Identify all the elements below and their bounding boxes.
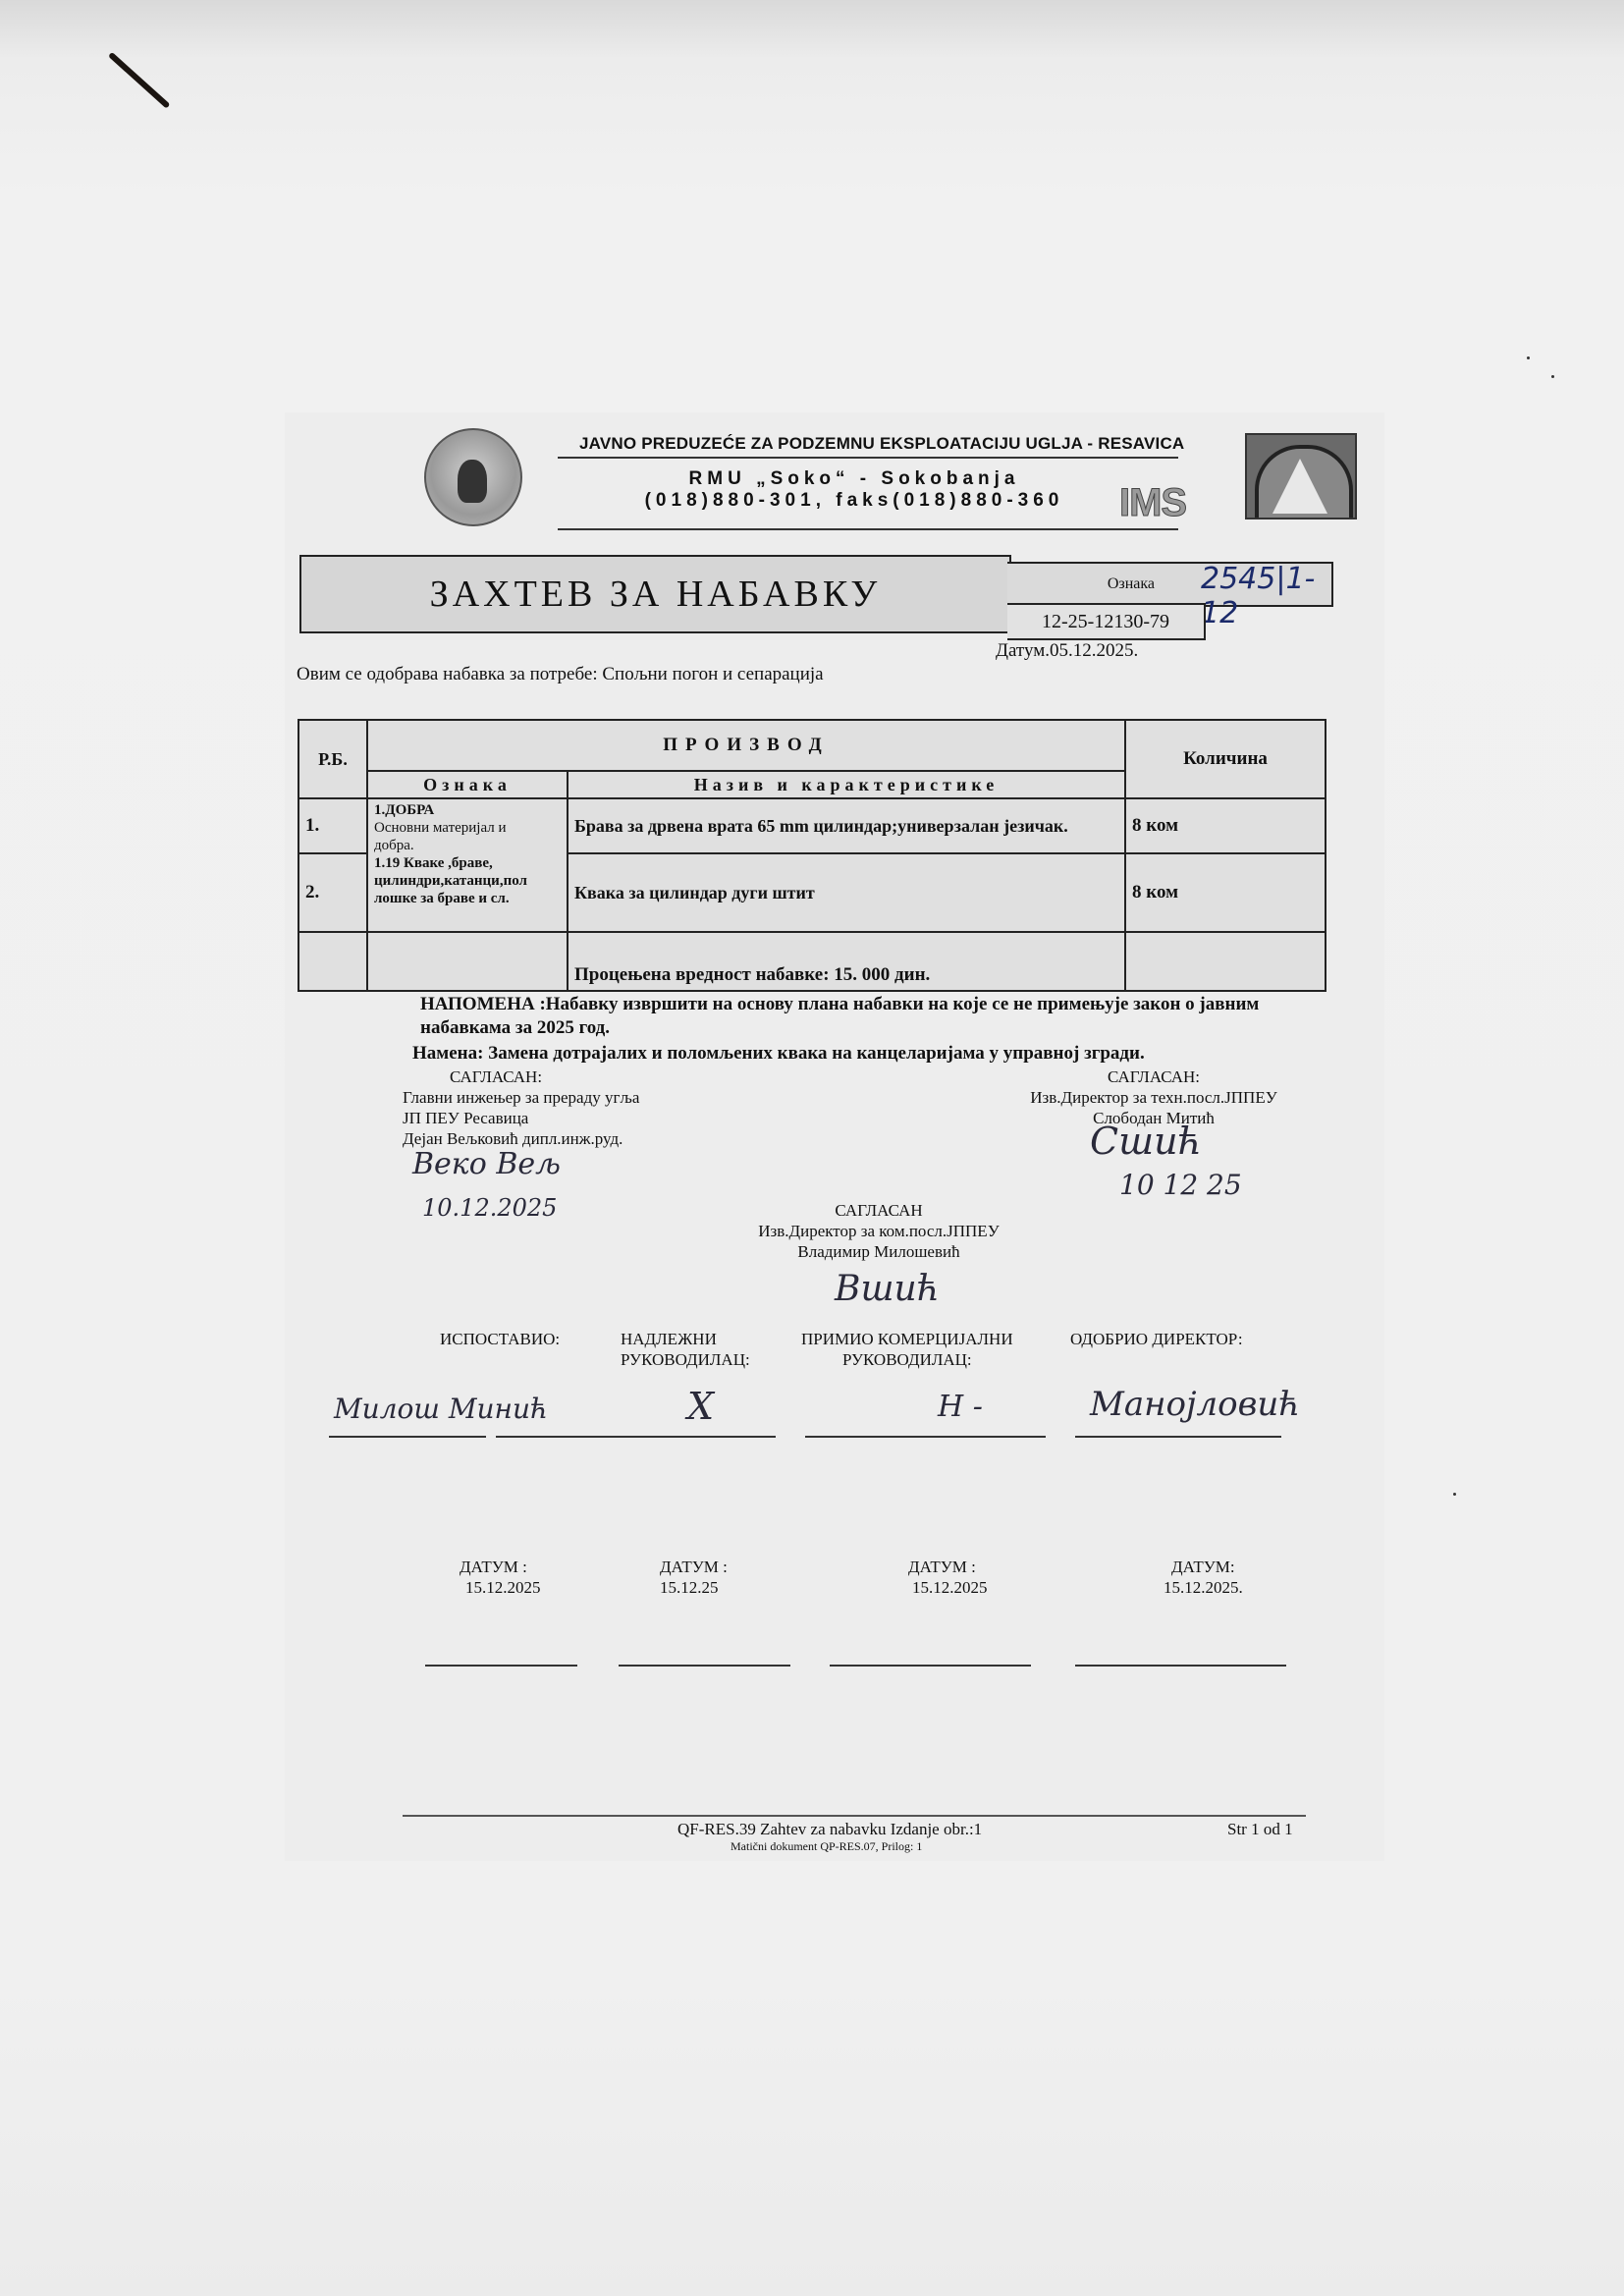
datum-label: ДАТУМ : — [460, 1557, 541, 1577]
signature-line — [1075, 1436, 1281, 1438]
oznaka-field: Ознака 2545|1-12 — [1007, 562, 1333, 607]
signature-line — [496, 1436, 776, 1438]
approver-title: Главни инжењер за прераду угља — [403, 1087, 639, 1108]
datum-label: ДАТУМ : — [660, 1557, 728, 1577]
table-row: 1. 1.ДОБРА Основни материјал и добра. 1.… — [298, 798, 1326, 853]
signature-date: 10 12 25 — [1119, 1169, 1242, 1201]
approver-center: САГЛАСАН Изв.Директор за ком.посл.ЈППЕУ … — [717, 1200, 1041, 1262]
signature: Х — [687, 1385, 714, 1428]
signature: Вшић — [835, 1269, 940, 1309]
divider — [558, 457, 1178, 459]
note: НАПОМЕНА :Набавку извршити на основу пла… — [420, 993, 1324, 1040]
approver-org: ЈП ПЕУ Ресавица — [403, 1108, 639, 1128]
datum-value: 15.12.25 — [660, 1577, 728, 1598]
speck — [1527, 356, 1530, 359]
category-line: цилиндри,катанци,пол — [374, 872, 561, 890]
role-label: ПРИМИО КОМЕРЦИЈАЛНИ — [801, 1329, 1013, 1349]
role-label: ИСПОСТАВИО: — [440, 1329, 560, 1349]
unit-name: RMU „Soko“ - Sokobanja — [579, 468, 1129, 490]
row-naziv: Квака за цилиндар дуги штит — [568, 853, 1125, 932]
category-cell: 1.ДОБРА Основни материјал и добра. 1.19 … — [367, 798, 568, 932]
empty-cell — [298, 932, 367, 991]
datum-label: ДАТУМ : — [908, 1557, 988, 1577]
signature: Сшић — [1090, 1120, 1202, 1163]
ims-text-logo: IMS — [1119, 481, 1186, 525]
company-name: JAVNO PREDUZEĆE ZA PODZEMNU EKSPLOATACIJ… — [579, 434, 1184, 454]
col-product-header: ПРОИЗВОД — [367, 720, 1125, 771]
footer-matrix-doc: Matični dokument QP-RES.07, Prilog: 1 — [731, 1839, 922, 1854]
row-naziv: Брава за дрвена врата 65 mm цилиндар;уни… — [568, 798, 1125, 853]
pen-mark — [108, 52, 170, 109]
role-label: РУКОВОДИЛАЦ: — [801, 1349, 1013, 1370]
signer-role-1: ИСПОСТАВИО: — [440, 1329, 560, 1349]
approver-name: Владимир Милошевић — [717, 1241, 1041, 1262]
signer-role-4: ОДОБРИО ДИРЕКТОР: — [1070, 1329, 1243, 1349]
oznaka-label: Ознака — [1108, 575, 1155, 593]
signature: Н - — [938, 1390, 983, 1424]
approval-line: Овим се одобрава набавка за потребе: Спо… — [297, 664, 824, 685]
date-line — [1075, 1665, 1286, 1667]
date-line — [619, 1665, 790, 1667]
datum-3: ДАТУМ :15.12.2025 — [908, 1557, 988, 1598]
datum-value: 15.12.2025. — [1164, 1577, 1243, 1598]
document-code: 12-25-12130-79 — [1007, 603, 1206, 640]
document-date: Датум.05.12.2025. — [996, 640, 1138, 662]
product-table: Р.Б. ПРОИЗВОД Количина Ознака Назив и ка… — [298, 719, 1326, 992]
datum-1: ДАТУМ :15.12.2025 — [460, 1557, 541, 1598]
row-kolicina: 8 ком — [1125, 853, 1326, 932]
speck — [1551, 375, 1554, 378]
approver-label: САГЛАСАН — [717, 1200, 1041, 1221]
role-label: РУКОВОДИЛАЦ: — [621, 1349, 750, 1370]
datum-4: ДАТУМ:15.12.2025. — [1164, 1557, 1243, 1598]
role-label: ОДОБРИО ДИРЕКТОР: — [1070, 1329, 1243, 1349]
signature: Манојловић — [1090, 1385, 1300, 1424]
signature: Милош Минић — [334, 1393, 548, 1425]
company-logo-icon — [424, 428, 522, 526]
approver-label: САГЛАСАН: — [992, 1066, 1316, 1087]
oznaka-handwritten: 2545|1-12 — [1201, 562, 1331, 630]
category-line: добра. — [374, 837, 561, 854]
footer-divider — [403, 1815, 1306, 1817]
speck — [1453, 1493, 1456, 1496]
datum-value: 15.12.2025 — [908, 1577, 988, 1598]
empty-cell — [1125, 932, 1326, 991]
empty-cell — [367, 932, 568, 991]
document-title: ЗАХТЕВ ЗА НАБАВКУ — [299, 555, 1011, 633]
purpose: Намена: Замена дотрајалих и поломљених к… — [412, 1043, 1145, 1065]
signature: Веко Вељ — [412, 1147, 561, 1181]
signer-role-3: ПРИМИО КОМЕРЦИЈАЛНИРУКОВОДИЛАЦ: — [801, 1329, 1013, 1370]
ims-logo-icon — [1245, 433, 1357, 519]
col-oznaka-header: Ознака — [367, 771, 568, 798]
col-naziv-header: Назив и карактеристике — [568, 771, 1125, 798]
approver-title: Изв.Директор за ком.посл.ЈППЕУ — [717, 1221, 1041, 1241]
signer-role-2: НАДЛЕЖНИРУКОВОДИЛАЦ: — [621, 1329, 750, 1370]
unit-phone: (018)880-301, faks(018)880-360 — [579, 490, 1129, 512]
signature-line — [329, 1436, 486, 1438]
date-line — [425, 1665, 577, 1667]
datum-2: ДАТУМ :15.12.25 — [660, 1557, 728, 1598]
datum-value: 15.12.2025 — [460, 1577, 541, 1598]
datum-label: ДАТУМ: — [1164, 1557, 1243, 1577]
category-line: Основни материјал и — [374, 819, 561, 837]
col-rb-header: Р.Б. — [298, 720, 367, 798]
company-unit: RMU „Soko“ - Sokobanja (018)880-301, fak… — [579, 468, 1129, 512]
approver-label: САГЛАСАН: — [403, 1066, 639, 1087]
divider — [558, 528, 1178, 530]
table-row-total: Процењена вредност набавке: 15. 000 дин. — [298, 932, 1326, 991]
row-rb: 2. — [298, 853, 367, 932]
footer-form-id: QF-RES.39 Zahtev za nabavku Izdanje obr.… — [677, 1820, 982, 1839]
signature-line — [805, 1436, 1046, 1438]
category-title: 1.ДОБРА — [374, 801, 561, 819]
date-line — [830, 1665, 1031, 1667]
approver-title: Изв.Директор за техн.посл.ЈППЕУ — [992, 1087, 1316, 1108]
approver-name: Дејан Вељковић дипл.инж.руд. — [403, 1128, 639, 1149]
col-kolicina-header: Количина — [1125, 720, 1326, 798]
row-rb: 1. — [298, 798, 367, 853]
row-kolicina: 8 ком — [1125, 798, 1326, 853]
approver-left: САГЛАСАН: Главни инжењер за прераду угља… — [403, 1066, 639, 1149]
signature-date: 10.12.2025 — [422, 1194, 557, 1222]
role-label: НАДЛЕЖНИ — [621, 1329, 750, 1349]
estimated-value: Процењена вредност набавке: 15. 000 дин. — [568, 932, 1125, 991]
category-line: 1.19 Кваке ,браве, — [374, 854, 561, 872]
category-line: лошке за браве и сл. — [374, 890, 561, 907]
footer-page-number: Str 1 od 1 — [1227, 1820, 1293, 1839]
